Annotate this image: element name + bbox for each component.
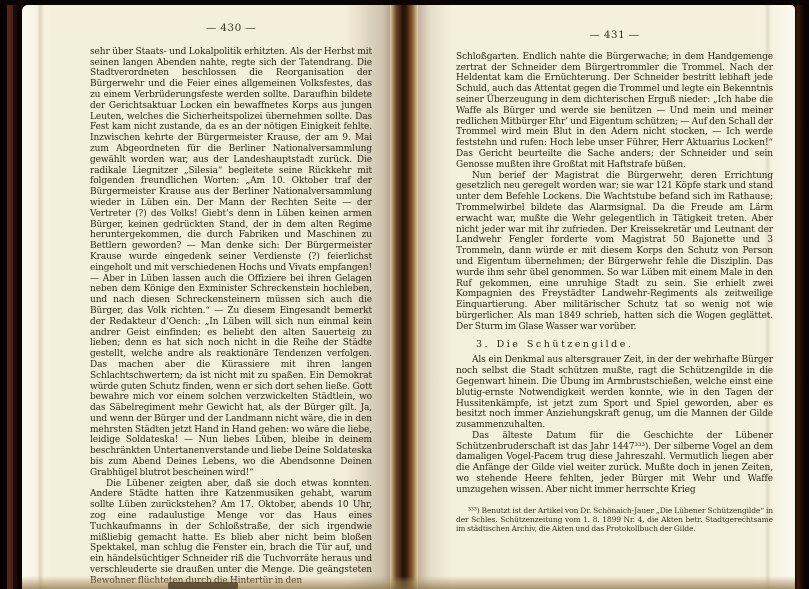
page-430-text-column: — 430 — sehr über Staats- und Lokalpolit…	[90, 23, 372, 587]
body-paragraph: sehr über Staats- und Lokalpolitik erhit…	[90, 47, 372, 479]
bottom-page-edges	[22, 576, 795, 589]
bottom-edge-shadow	[168, 582, 238, 589]
page-number: — 431 —	[456, 30, 773, 41]
body-paragraph: Die Lübener zeigten aber, daß sie doch e…	[90, 479, 372, 587]
left-cover-edge	[0, 0, 22, 589]
body-paragraph: Das älteste Datum für die Geschichte der…	[456, 431, 773, 496]
page-number: — 430 —	[90, 23, 372, 34]
page-430: — 430 — sehr über Staats- und Lokalpolit…	[22, 5, 390, 589]
page-431-text-column: — 431 — Schloßgarten. Endlich nahte die …	[456, 23, 773, 534]
section-heading: 3. Die Schützengilde.	[456, 340, 773, 351]
page-431: — 431 — Schloßgarten. Endlich nahte die …	[418, 5, 795, 589]
body-paragraph: Nun berief der Magistrat die Bürgerwehr,…	[456, 171, 773, 333]
page-gutter	[390, 5, 418, 589]
body-paragraph: Schloßgarten. Endlich nahte die Bürgerwa…	[456, 52, 773, 171]
book-spread: — 430 — sehr über Staats- und Lokalpolit…	[0, 0, 809, 589]
right-cover-edge	[795, 0, 809, 589]
footnote: ³³³) Benutzt ist der Artikel von Dr. Sch…	[456, 506, 773, 534]
body-paragraph: Als ein Denkmal aus altersgrauer Zeit, i…	[456, 355, 773, 431]
